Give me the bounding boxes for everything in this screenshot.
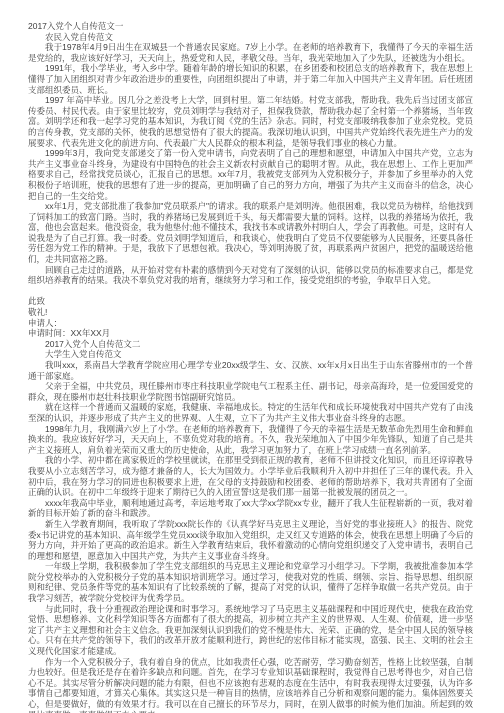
closing-salute: 此致 (28, 296, 473, 307)
closing-applicant: 申请人： (28, 318, 473, 329)
paragraph: xxxx年我高中毕业，顺利地通过高考，幸运地考取了xx大学xx学院xx专业，翻开… (28, 498, 473, 519)
paragraph: 我的小学、初中都在离家极近的学校里就读，在那里受到很正规的教育，老师不但讲授文化… (28, 455, 473, 497)
closing-respect: 敬礼! (28, 307, 473, 318)
paragraph: 我于1978年4月9日出生在双城县一个普通农民家庭。7岁上小学。在老师的培养教育… (28, 42, 473, 63)
paragraph: 父亲于全福，中共党员，现任滕州市枣庄科技职业学院电气工程系主任、副书记，母亲高海… (28, 381, 473, 402)
paragraph: 1998年九月，我刚满六岁上了小学。在老师的培养教育下，我懂得了今天的幸福生活是… (28, 424, 473, 456)
paragraph: 就在这样一个普通而又温暖的家庭，我健康、幸福地成长。特定的生活年代和成长环境使我… (28, 402, 473, 423)
paragraph: 回顾自己走过的道路，从开始对党有朴素的感情到今天对党有了深刻的认识，能够以党员的… (28, 265, 473, 286)
paragraph: 作为一个入党积极分子，我有着自身的优点，比如我责任心强，吃苦耐劳，学习勤奋刻苦，… (28, 657, 473, 713)
paragraph: 1997 年高中毕业。因几分之差没考上大学，回到村里。第二年结婚。村党支部我，帮… (28, 95, 473, 148)
paragraph: 我叫xxx，系南昌大学教育学院应用心理学专业20xx级学生、女、汉族、xx年x月… (28, 360, 473, 381)
paragraph: 与此同时，我十分重视政治理论课和时事学习。系统地学习了马克思主义基础课程和中国近… (28, 604, 473, 657)
section2-title: 2017入党个人自传范文二 (28, 339, 473, 350)
paragraph: 1999年3月，我向党支部递交了第一份入党申请书，向党表明了自己的理想和愿望，申… (28, 148, 473, 201)
section1-subtitle: 农民入党自传范文 (28, 32, 473, 43)
document-page: 2017入党个人自传范文一 农民入党自传范文 我于1978年4月9日出生在双城县… (0, 0, 504, 713)
paragraph: xx年1月，党支部批准了我参加"党员联系户"的请求。我的联系户是刘明涛。他很困难… (28, 201, 473, 265)
section2-subtitle: 大学生入党自传范文 (28, 349, 473, 360)
paragraph: 新生入学教育期间，我听取了学院xxx院长作的《认真学好马克思主义理论，当好党的事… (28, 519, 473, 561)
paragraph: 1991年，我小学毕业，考入乡中学。随着年龄的增长知识的积累，在乡团委和校团总支… (28, 63, 473, 95)
section1-title: 2017入党个人自传范文一 (28, 21, 473, 32)
closing-apply-date: 申请时间：XX年XX月 (28, 328, 473, 339)
paragraph: 一年级上学期，我积极参加了学生党支部组织的马克思主义理论和党章学习小组学习。下学… (28, 561, 473, 603)
